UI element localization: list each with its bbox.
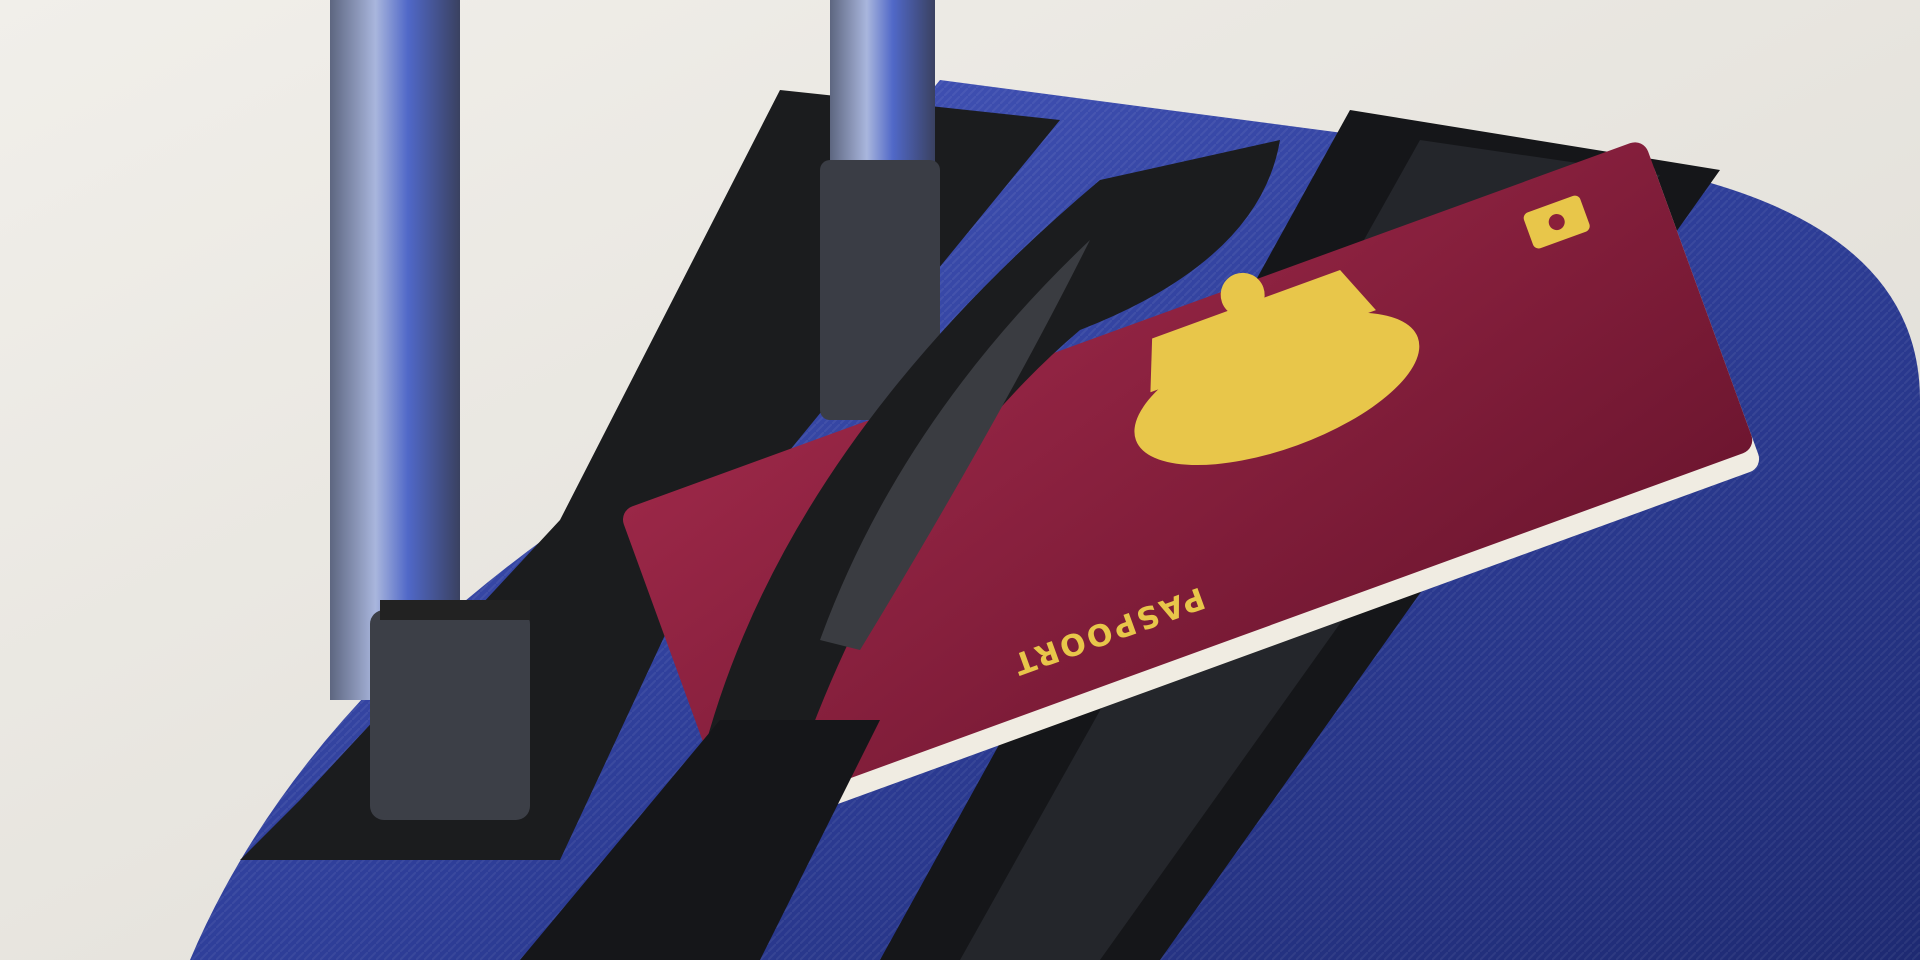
photo-illustration: PASPOORT — [0, 0, 1920, 960]
photo-scene: PASPOORT — [0, 0, 1920, 960]
